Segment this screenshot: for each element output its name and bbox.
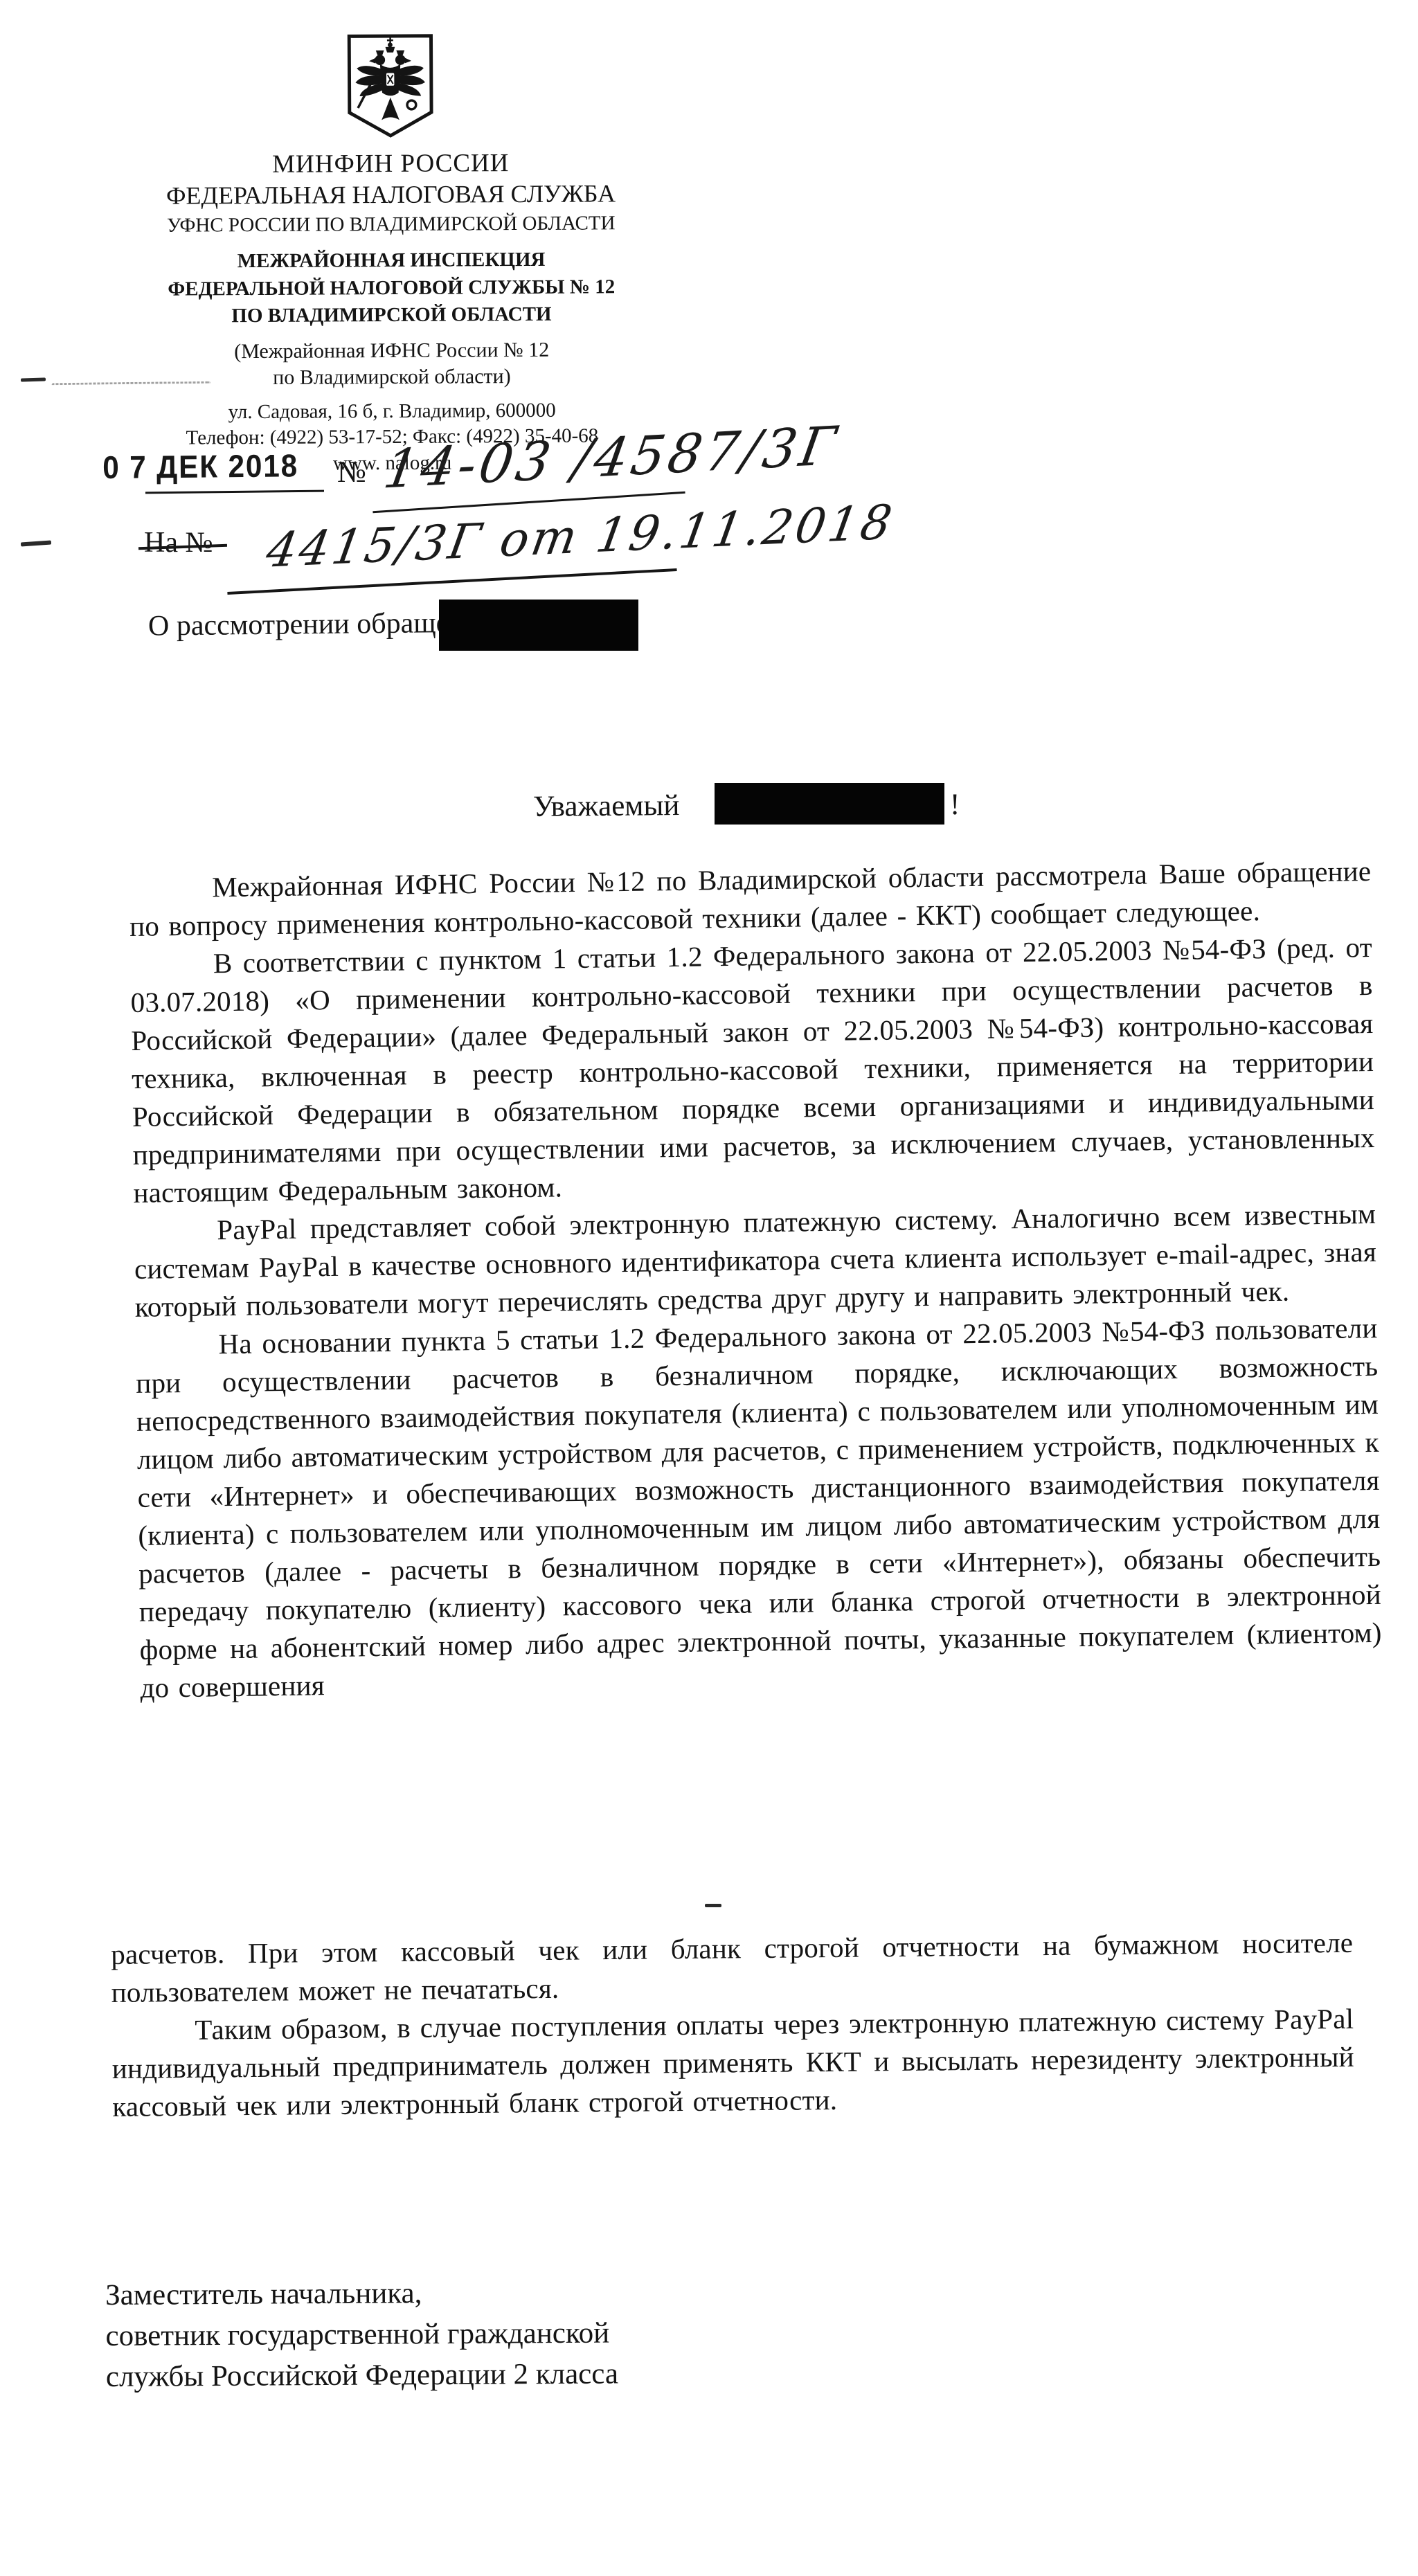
reply-to-number-label: На №	[144, 526, 213, 559]
paragraph: В соответствии с пунктом 1 статьи 1.2 Фе…	[130, 928, 1376, 1212]
redaction-box-recipient-name	[715, 783, 944, 825]
signature-line-rank2: службы Российской Федерации 2 класса	[106, 2353, 618, 2397]
signature-line-position: Заместитель начальника,	[105, 2271, 618, 2316]
reply-to-number-handwritten: 4415/3Г от 19.11.2018	[262, 495, 899, 579]
letterhead: МИНФИН РОССИИ ФЕДЕРАЛЬНАЯ НАЛОГОВАЯ СЛУЖ…	[116, 30, 665, 476]
letter-body-part1: Межрайонная ИФНС России №12 по Владимирс…	[129, 852, 1383, 1707]
outgoing-number-label: №	[337, 454, 366, 489]
scan-artifact-dash	[21, 377, 46, 381]
letterhead-ministry: МИНФИН РОССИИ	[117, 148, 664, 180]
letterhead-department: УФНС РОССИИ ПО ВЛАДИМИРСКОЙ ОБЛАСТИ	[118, 212, 665, 237]
scanned-letter-page: МИНФИН РОССИИ ФЕДЕРАЛЬНАЯ НАЛОГОВАЯ СЛУЖ…	[0, 0, 1418, 2576]
letterhead-short-name-line1: (Межрайонная ИФНС России № 12	[118, 338, 665, 364]
letter-body-part2: расчетов. При этом кассовый чек или блан…	[111, 1924, 1355, 2126]
letterhead-short-name-line2: по Владимирской области)	[118, 364, 665, 390]
paragraph: На основании пункта 5 статьи 1.2 Федерал…	[135, 1309, 1383, 1707]
signature-block: Заместитель начальника, советник государ…	[105, 2271, 618, 2397]
redaction-box-subject	[439, 600, 638, 651]
paragraph-continuation: расчетов. При этом кассовый чек или блан…	[111, 1924, 1354, 2012]
stamp-underline	[145, 490, 324, 494]
letterhead-inspection-line2: ФЕДЕРАЛЬНОЙ НАЛОГОВОЙ СЛУЖБЫ № 12	[118, 276, 665, 301]
salutation-text: Уважаемый	[533, 789, 680, 824]
date-stamp: 0 7 ДЕК 2018	[102, 447, 298, 486]
signature-line-rank1: советник государственной гражданской	[105, 2312, 618, 2357]
salutation-exclamation: !	[950, 788, 960, 822]
letterhead-inspection-line3: ПО ВЛАДИМИРСКОЙ ОБЛАСТИ	[118, 303, 665, 328]
russian-coat-of-arms-icon	[342, 32, 438, 142]
paragraph: Таким образом, в случае поступления опла…	[111, 2000, 1355, 2126]
paragraph: PayPal представляет собой электронную пл…	[134, 1195, 1377, 1326]
letterhead-inspection-line1: МЕЖРАЙОННАЯ ИНСПЕКЦИЯ	[118, 248, 665, 273]
scan-artifact-dash	[705, 1904, 721, 1907]
letterhead-service: ФЕДЕРАЛЬНАЯ НАЛОГОВАЯ СЛУЖБА	[117, 179, 664, 210]
letterhead-address: ул. Садовая, 16 б, г. Владимир, 600000	[118, 399, 665, 424]
scan-artifact-dash	[21, 540, 51, 546]
